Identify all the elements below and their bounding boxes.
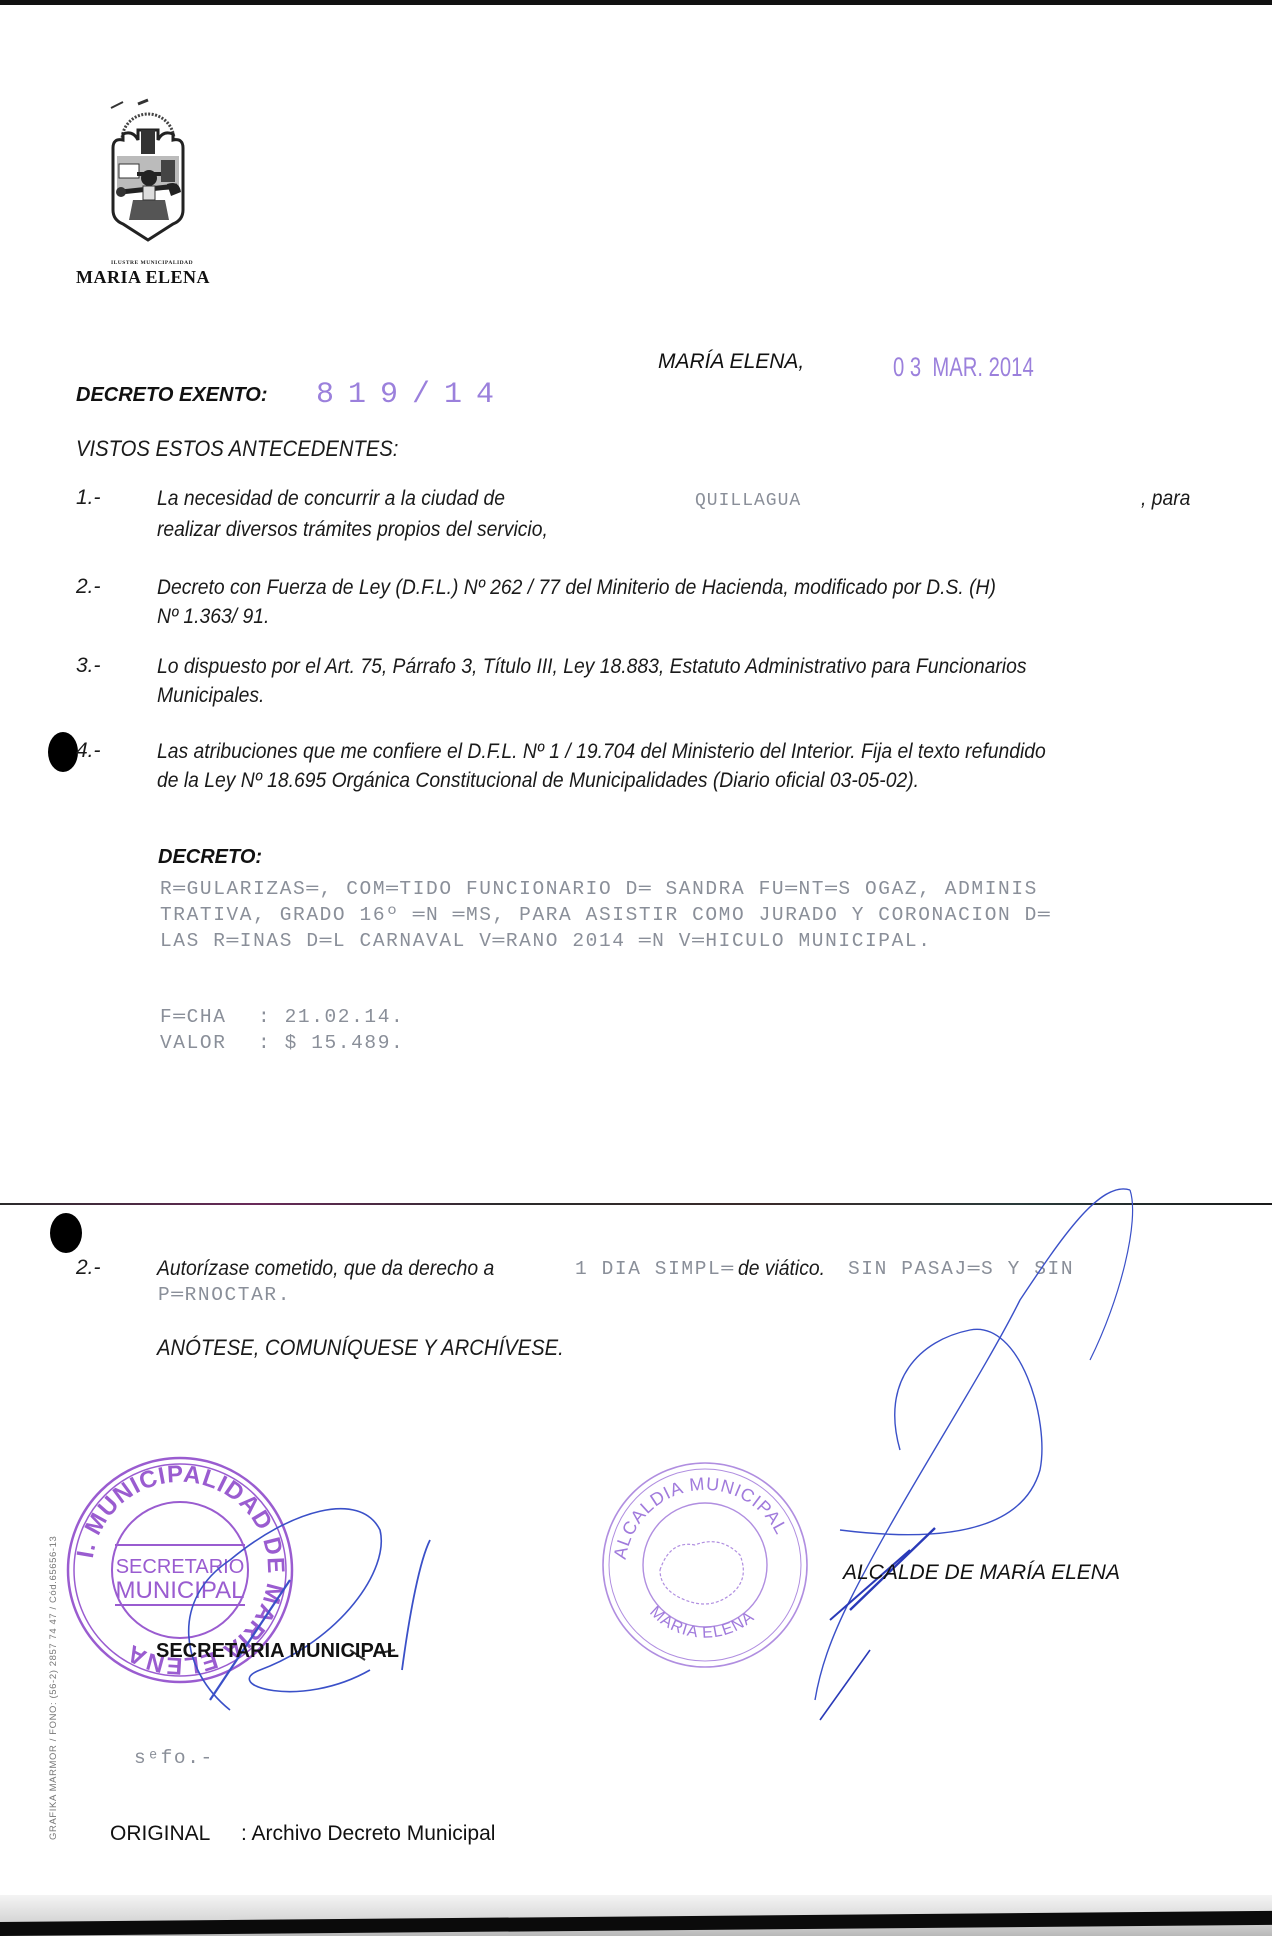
item-4-line-1: Las atribuciones que me confiere el D.F.… <box>157 737 1046 766</box>
coat-of-arms-icon <box>93 100 203 250</box>
item-2-line-1: Decreto con Fuerza de Ley (D.F.L.) Nº 26… <box>157 573 996 602</box>
resolution-number: 2.- <box>76 1256 101 1280</box>
distribution-value: : Archivo Decreto Municipal <box>241 1822 495 1846</box>
fecha-label: F═CHA <box>160 1004 227 1030</box>
logo-title: MARIA ELENA <box>76 267 210 288</box>
decreto-typed-line-3: LAS R═INAS D═L CARNAVAL V═RANO 2014 ═N V… <box>160 928 932 954</box>
resolution-text-before: Autorízase cometido, que da derecho a <box>157 1254 494 1283</box>
item-number: 3.- <box>76 654 101 678</box>
secretaria-label: SECRETARIA MUNICIPAL <box>156 1640 399 1663</box>
typist-initials: sᵉfo.- <box>134 1745 214 1771</box>
municipal-logo: ILUSTRE MUNICIPALIDAD <box>88 100 208 250</box>
valor-value: : $ 15.489. <box>258 1030 404 1056</box>
alcalde-signature <box>720 1180 1120 1740</box>
item-2-line-2: Nº 1.363/ 91. <box>157 602 269 631</box>
item-1-line-1-end: , para <box>1141 484 1190 513</box>
item-number: 4.- <box>76 739 101 763</box>
item-1-line-1: La necesidad de concurrir a la ciudad de <box>157 484 505 513</box>
printer-side-text: GRAFIKA MARMOR / FONO: (56-2) 2857 74 47… <box>48 1536 59 1840</box>
secretaria-signature <box>140 1470 440 1720</box>
item-3-line-1: Lo dispuesto por el Art. 75, Párrafo 3, … <box>157 652 1027 681</box>
scan-top-edge <box>0 0 1272 5</box>
logo-subtitle: ILUSTRE MUNICIPALIDAD <box>111 260 193 266</box>
closing-formula: ANÓTESE, COMUNÍQUESE Y ARCHÍVESE. <box>157 1333 564 1362</box>
item-1-line-2: realizar diversos trámites propios del s… <box>157 515 548 544</box>
item-number: 2.- <box>76 575 101 599</box>
decreto-title: DECRETO: <box>158 846 262 869</box>
item-4-line-2: de la Ley Nº 18.695 Orgánica Constitucio… <box>157 766 919 795</box>
destination-city: QUILLAGUA <box>695 488 801 514</box>
item-number: 1.- <box>76 486 101 510</box>
fecha-value: : 21.02.14. <box>258 1004 404 1030</box>
decreto-typed-line-1: R═GULARIZAS═, COM═TIDO FUNCIONARIO D═ SA… <box>160 876 1038 902</box>
item-3-line-2: Municipales. <box>157 681 264 710</box>
punch-hole-mark <box>50 1213 82 1253</box>
distribution-label: ORIGINAL <box>110 1822 210 1846</box>
resolution-extra-2: P═RNOCTAR. <box>158 1282 291 1308</box>
decreto-typed-line-2: TRATIVA, GRADO 16º ═N ═MS, PARA ASISTIR … <box>160 902 1051 928</box>
city-label: MARÍA ELENA, <box>658 350 804 374</box>
alcalde-label: ALCALDE DE MARÍA ELENA <box>843 1561 1120 1585</box>
date-stamp: 0 3 MAR. 2014 <box>893 352 1034 383</box>
decree-number-stamp: 8 1 9 / 1 4 <box>316 378 492 412</box>
viatico-days: 1 DIA SIMPL═ <box>575 1256 735 1282</box>
vistos-title: VISTOS ESTOS ANTECEDENTES: <box>76 434 398 463</box>
decree-label: DECRETO EXENTO: <box>76 384 268 407</box>
punch-hole-mark <box>48 732 78 772</box>
valor-label: VALOR <box>160 1030 227 1056</box>
